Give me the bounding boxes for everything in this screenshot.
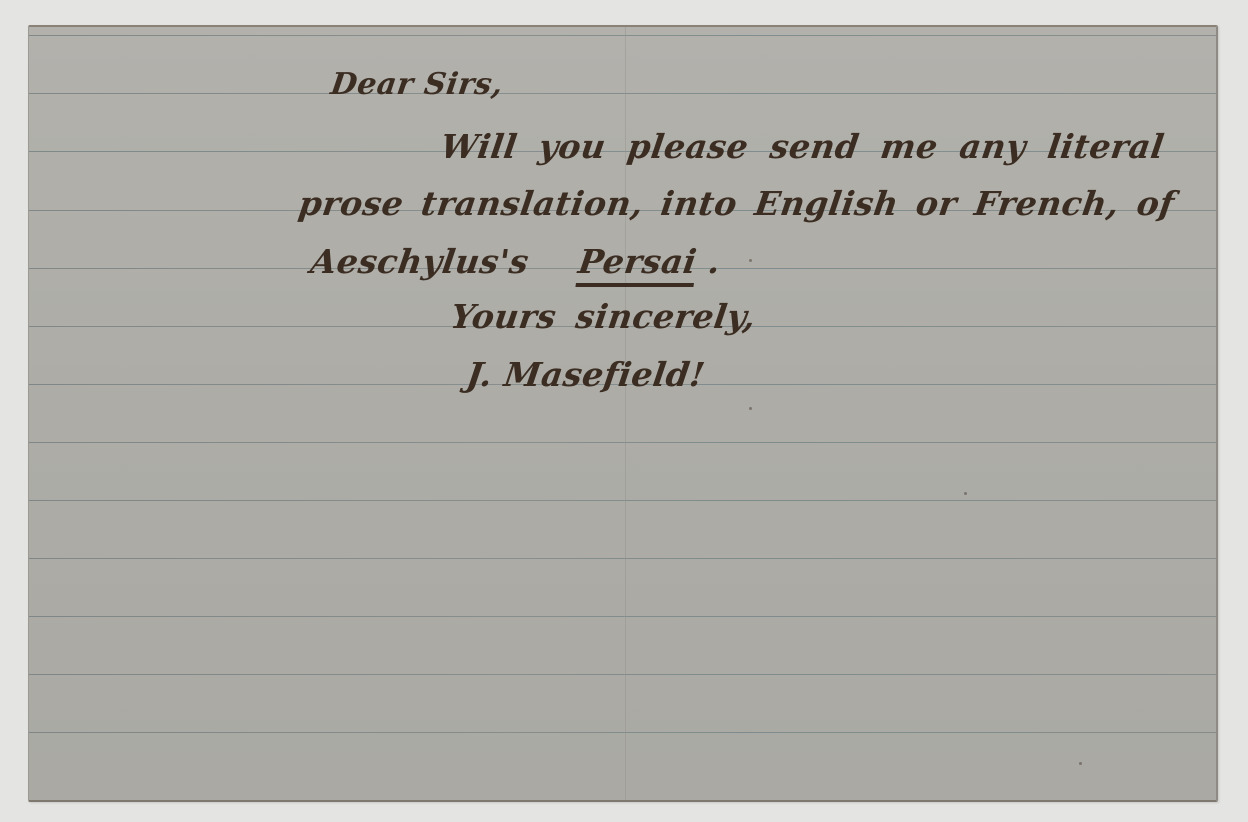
ruled-line [29,558,1216,559]
ruled-line [29,93,1216,94]
period: . [706,242,723,281]
ruled-line [29,732,1216,733]
paper-speck [749,259,752,262]
work-title: Persai [575,242,699,287]
salutation: Dear Sirs, [329,67,506,102]
ruled-line [29,674,1216,675]
paper-speck [749,407,752,410]
ruled-line [29,500,1216,501]
author-name: Aeschylus's [308,242,531,281]
ruled-line [29,442,1216,443]
body-line-2: prose translation, into English or Frenc… [296,184,1177,223]
signature: J. Masefield! [464,355,707,394]
ruled-line [29,616,1216,617]
paper-speck [1079,762,1082,765]
closing: Yours sincerely, [448,297,758,336]
body-line-1: Will you please send me any literal [438,127,1166,166]
body-line-3: Aeschylus'sPersai . [308,242,723,281]
ruled-line [29,35,1216,36]
letter-paper: Dear Sirs, Will you please send me any l… [28,25,1218,802]
paper-speck [964,492,967,495]
